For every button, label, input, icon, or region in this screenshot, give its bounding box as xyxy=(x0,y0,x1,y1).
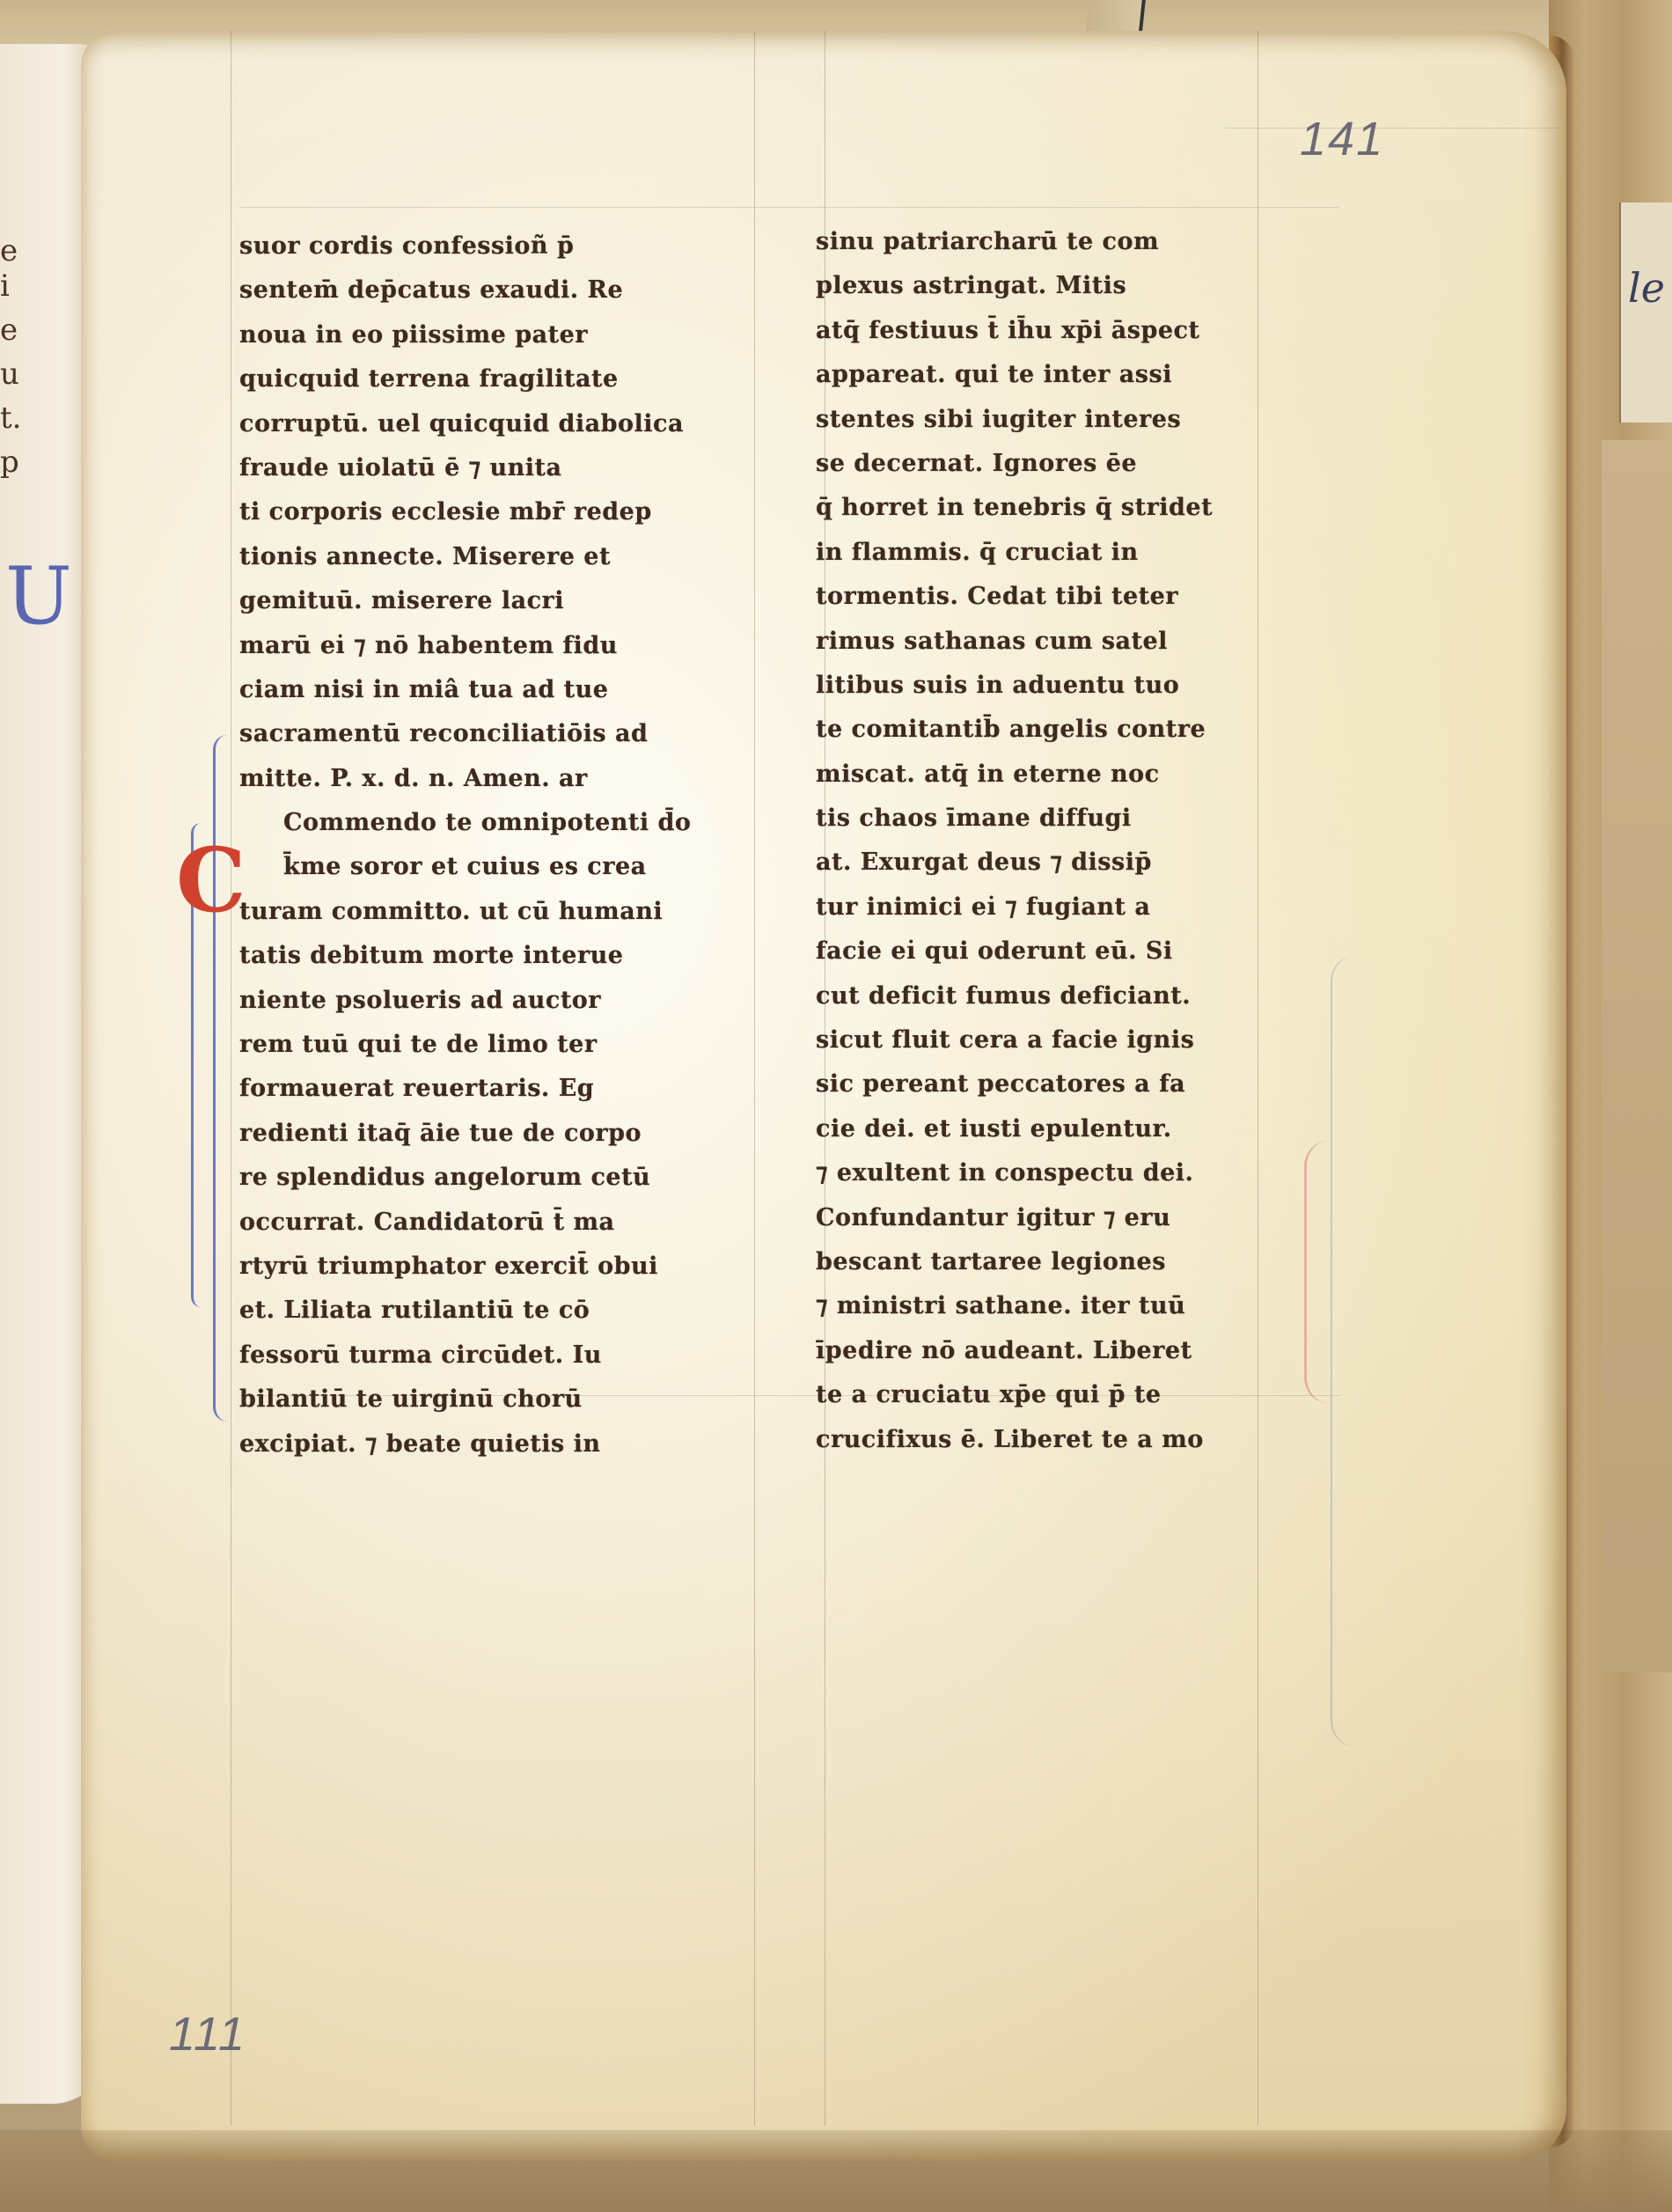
text-line: tis chaos īmane diffugi xyxy=(816,797,1273,841)
text-line: quicquid terrena fragilitate xyxy=(239,357,697,401)
text-line: rimus sathanas cum satel xyxy=(816,620,1273,664)
text-line: fraude uiolatū ē ⁊ unita xyxy=(239,446,697,490)
text-line: miscat. atq̄ in eterne noc xyxy=(816,753,1273,797)
text-line: plexus astringat. Mitis xyxy=(816,264,1273,308)
text-line: noua in eo piissime pater xyxy=(239,313,697,357)
text-line: ⁊ exultent in conspectu dei. xyxy=(816,1151,1273,1195)
folio-number-bottom: 111 xyxy=(169,2007,246,2061)
text-line: excipiat. ⁊ beate quietis in xyxy=(239,1422,697,1466)
text-line: gemituū. miserere lacri xyxy=(239,579,697,623)
text-line: bilantiū te uirginū chorū xyxy=(239,1378,697,1422)
text-line: q̄ horret in tenebris q̄ stridet xyxy=(816,486,1273,530)
text-line: redienti itaq̄ āie tue de corpo xyxy=(239,1112,697,1156)
ruling-line xyxy=(239,207,1339,208)
text-line: sicut fluit cera a facie ignis xyxy=(816,1018,1273,1062)
text-line: rtyrū triumphator exercit̄ obui xyxy=(239,1245,697,1289)
facing-page-fragment: e xyxy=(0,312,18,348)
facing-page-fragment: e xyxy=(0,233,18,268)
text-line: se decernat. Ignores ēe xyxy=(816,442,1273,486)
manuscript-leaf: 141 111 suor cordis confessioñ p̄ sentem… xyxy=(81,31,1566,2161)
text-column-left: suor cordis confessioñ p̄ sentem̄ dep̄ca… xyxy=(239,224,697,1466)
text-line: at. Exurgat deus ⁊ dissip̄ xyxy=(816,841,1273,885)
offset-blue-flourish xyxy=(1331,955,1385,1747)
facing-page-blue-initial: U xyxy=(5,550,72,643)
text-line: ciam nisi in miâ tua ad tue xyxy=(239,668,697,712)
text-line: mitte. P. x. d. n. Amen. ar xyxy=(239,757,697,801)
ruling-line xyxy=(1225,128,1559,129)
text-line: marū ei̇ ⁊ nō habentem fidu xyxy=(239,624,697,668)
background-bottom xyxy=(0,2130,1672,2212)
text-line: sic pereant peccatores a fa xyxy=(816,1062,1273,1106)
text-line: īpedire nō audeant. Liberet xyxy=(816,1329,1273,1373)
facing-page-fragment: u xyxy=(0,356,19,392)
text-line: suor cordis confessioñ p̄ xyxy=(239,224,697,268)
text-line: rem tuū qui te de limo ter xyxy=(239,1023,697,1067)
text-line: sinu patriarcharū te com xyxy=(816,220,1273,264)
text-line: Confundantur igitur ⁊ eru xyxy=(816,1196,1273,1240)
text-line: k̄me soror et cuius es crea xyxy=(239,845,697,889)
text-line: turam committo. ut cū humani xyxy=(239,890,697,934)
text-line: Commendo te omnipotenti d̄o xyxy=(239,801,697,845)
text-line: formauerat reuertaris. Eg xyxy=(239,1067,697,1111)
background-board xyxy=(1602,440,1672,1672)
text-line: te a cruciatu xp̄e qui p̄ te xyxy=(816,1373,1273,1417)
text-line: sentem̄ dep̄catus exaudi. Re xyxy=(239,268,697,312)
facing-page-fragment: t. xyxy=(0,401,21,436)
text-line: sacramentū reconciliatiōis ad xyxy=(239,712,697,756)
text-column-right: sinu patriarcharū te com plexus astring… xyxy=(816,220,1273,1462)
facing-page-fragment: i xyxy=(0,268,10,304)
catalog-tab: le xyxy=(1619,202,1672,423)
text-line: atq̄ festiuus t̄ ih̄u xp̄i āspect xyxy=(816,309,1273,353)
text-line: appareat. qui te inter assi xyxy=(816,353,1273,397)
text-line: tur inimici ei̇ ⁊ fugiant a xyxy=(816,886,1273,930)
text-line: et. Liliata rutilantiū te cō xyxy=(239,1289,697,1333)
folio-number-top: 141 xyxy=(1300,112,1384,166)
text-line: occurrat. Candidatorū t̄ ma xyxy=(239,1201,697,1245)
text-line: ti corporis ecclesie mbr̄ redep xyxy=(239,490,697,534)
text-line: corruptū. uel quicquid diabolica xyxy=(239,402,697,446)
text-line: tatis debitum morte interue xyxy=(239,934,697,978)
text-line: tormentis. Cedat tibi teter xyxy=(816,575,1273,619)
facing-page-fragment: p xyxy=(0,445,19,480)
text-line: cie dei. et iusti epulentur. xyxy=(816,1107,1273,1151)
text-line: fessorū turma circūdet. Iu xyxy=(239,1334,697,1378)
text-line: ⁊ ministri sathane. iter tuū xyxy=(816,1284,1273,1328)
text-line: cut deficit fumus deficiant. xyxy=(816,974,1273,1018)
text-line: te comitantib̄ angelis contre xyxy=(816,708,1273,752)
text-line: in flammis. q̄ cruciat in xyxy=(816,531,1273,575)
text-line: bescant tartaree legiones xyxy=(816,1240,1273,1284)
text-line: facie ei̇ qui oderunt eū. Si xyxy=(816,930,1273,974)
text-line: tionis annecte. Miserere et xyxy=(239,535,697,579)
red-initial-C: C xyxy=(176,836,246,924)
ruling-line xyxy=(754,31,755,2126)
text-line: crucifixus ē. Liberet te a mo xyxy=(816,1418,1273,1462)
catalog-tab-label: le xyxy=(1628,264,1665,312)
text-line: stentes sibi iugiter interes xyxy=(816,398,1273,442)
text-line: niente psolueris ad auctor xyxy=(239,979,697,1023)
text-line: litibus suis in aduentu tuo xyxy=(816,664,1273,708)
text-line: re splendidus angelorum cetū xyxy=(239,1156,697,1200)
